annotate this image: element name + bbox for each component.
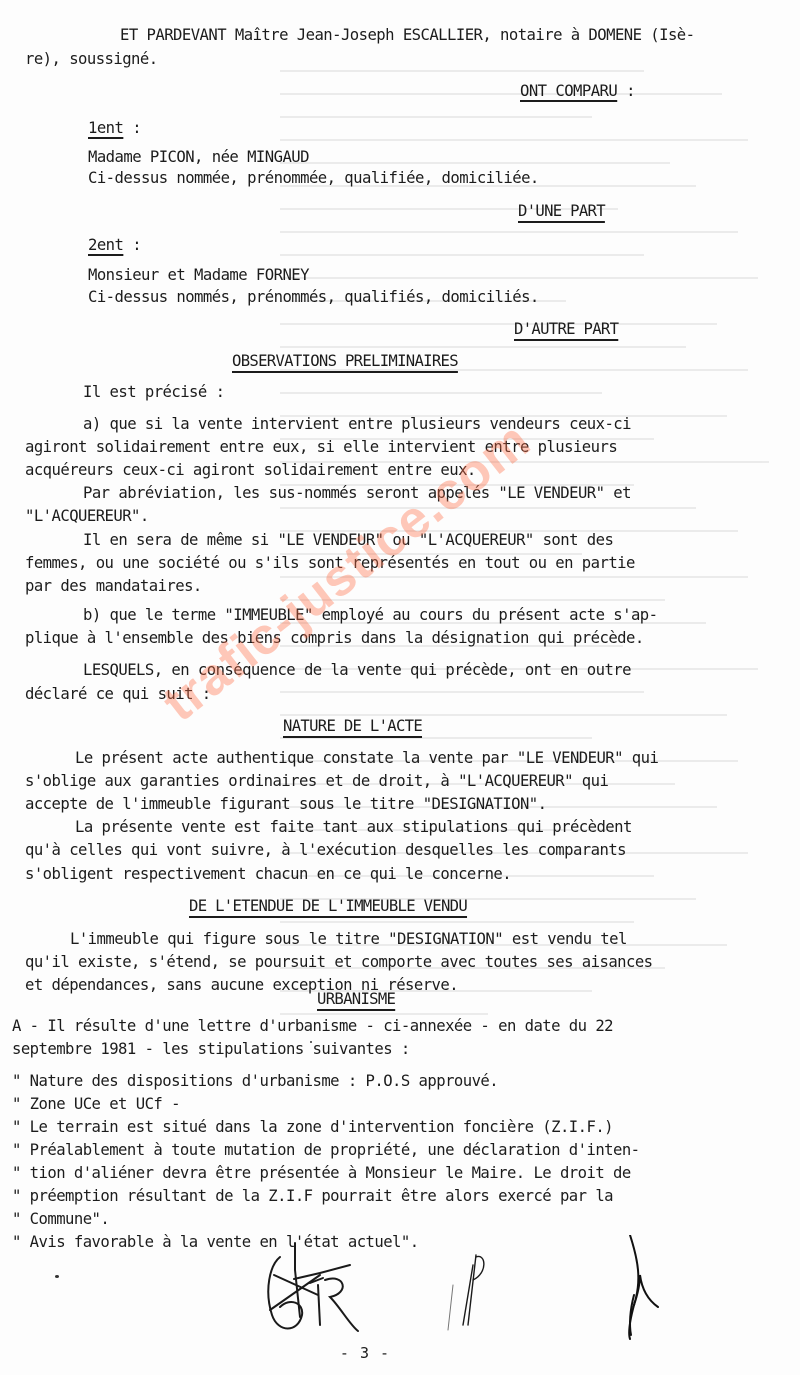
nature-line: accepte de l'immeuble figurant sous le t… [25, 794, 546, 814]
urbanisme-heading: URBANISME [317, 989, 395, 1009]
observations-line: par des mandataires. [25, 576, 202, 596]
observations-line: acquéreurs ceux-ci agiront solidairement… [25, 460, 476, 480]
observations-line: femmes, ou une société ou s'ils sont rep… [25, 553, 635, 573]
party2-description: Ci-dessus nommés, prénommés, qualifiés, … [88, 287, 539, 307]
ont-comparu-heading: ONT COMPARU : [520, 81, 635, 101]
observations-line: "L'ACQUEREUR". [25, 506, 149, 526]
party2-closing: D'AUTRE PART [514, 319, 618, 339]
observations-line: agiront solidairement entre eux, si elle… [25, 437, 617, 457]
urbanisme-line: A - Il résulte d'une lettre d'urbanisme … [12, 1016, 613, 1036]
scan-speck [310, 1041, 312, 1043]
urbanisme-line: " préemption résultant de la Z.I.F pourr… [12, 1186, 613, 1206]
observations-line: Par abréviation, les sus-nommés seront a… [83, 483, 631, 503]
scan-speck [55, 1275, 59, 1278]
etendue-line: L'immeuble qui figure sous le titre "DES… [70, 929, 627, 949]
party1-description: Ci-dessus nommée, prénommée, qualifiée, … [88, 168, 539, 188]
urbanisme-line: " Préalablement à toute mutation de prop… [12, 1140, 640, 1160]
intro-line-1: ET PARDEVANT Maître Jean-Joseph ESCALLIE… [120, 25, 695, 45]
observations-line: Il en sera de même si "LE VENDEUR" ou "L… [83, 530, 613, 550]
signature-party-3-icon [629, 1235, 658, 1339]
urbanisme-line: " Commune". [12, 1209, 109, 1229]
nature-line: qu'à celles qui vont suivre, à l'exécuti… [25, 840, 626, 860]
party1-label: 1ent : [88, 118, 141, 138]
nature-line: Le présent acte authentique constate la … [75, 748, 658, 768]
urbanisme-line: " Zone UCe et UCf - [12, 1094, 180, 1114]
observations-heading: OBSERVATIONS PRELIMINAIRES [232, 351, 458, 371]
party1-name: Madame PICON, née MINGAUD [88, 147, 309, 167]
urbanisme-line: " tion d'aliéner devra être présentée à … [12, 1163, 631, 1183]
observations-line: plique à l'ensemble des biens compris da… [25, 628, 644, 648]
nature-line: s'oblige aux garanties ordinaires et de … [25, 771, 608, 791]
intro-line-2: re), soussigné. [25, 49, 158, 69]
party2-name: Monsieur et Madame FORNEY [88, 265, 309, 285]
etendue-line: qu'il existe, s'étend, se poursuit et co… [25, 952, 653, 972]
party2-label: 2ent : [88, 235, 141, 255]
signature-notary-icon [268, 1243, 358, 1331]
nature-line: La présente vente est faite tant aux sti… [75, 817, 632, 837]
document-page: ET PARDEVANT Maître Jean-Joseph ESCALLIE… [0, 0, 800, 1375]
observations-line: déclaré ce qui suit : [25, 684, 211, 704]
signatures-area [250, 1235, 670, 1345]
nature-line: s'obligent respectivement chacun en ce q… [25, 864, 511, 884]
etendue-heading: DE L'ETENDUE DE L'IMMEUBLE VENDU [189, 896, 467, 916]
observations-line: Il est précisé : [83, 382, 224, 402]
party1-closing: D'UNE PART [518, 201, 605, 221]
observations-line: a) que si la vente intervient entre plus… [83, 414, 631, 434]
urbanisme-line: " Nature des dispositions d'urbanisme : … [12, 1071, 498, 1091]
urbanisme-line: " Le terrain est situé dans la zone d'in… [12, 1117, 613, 1137]
nature-heading: NATURE DE L'ACTE [283, 716, 422, 736]
observations-line: LESQUELS, en conséquence de la vente qui… [83, 660, 631, 680]
urbanisme-line: septembre 1981 - les stipulations suivan… [12, 1039, 410, 1059]
observations-line: b) que le terme "IMMEUBLE" employé au co… [83, 605, 658, 625]
page-number: - 3 - [0, 1344, 730, 1362]
